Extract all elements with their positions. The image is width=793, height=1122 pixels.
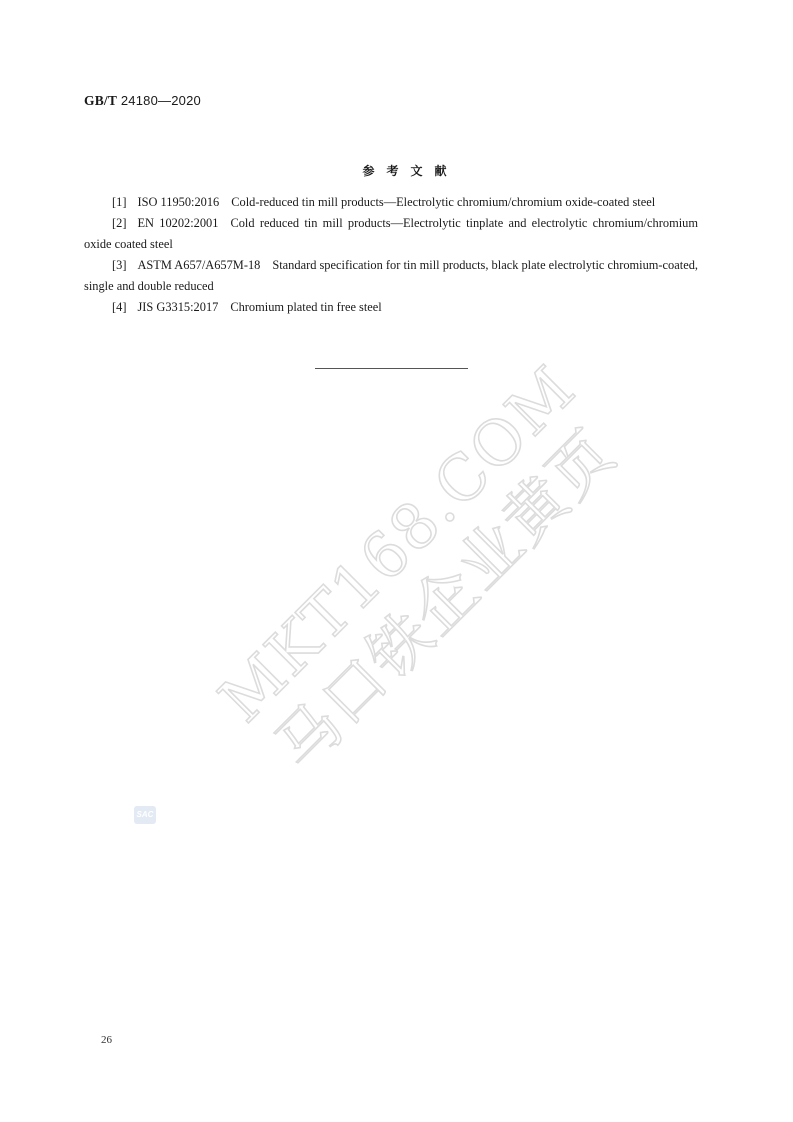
section-title: 参考文献 [0,162,793,179]
reference-list: [1]ISO 11950:2016Cold-reduced tin mill p… [84,192,698,318]
standard-code-header: GB/T 24180—2020 [84,93,201,109]
reference-number: [3] [112,258,126,272]
reference-number: [4] [112,300,126,314]
reference-text: Chromium plated tin free steel [230,300,381,314]
standard-number: 24180—2020 [121,93,201,108]
reference-number: [1] [112,195,126,209]
reference-number: [2] [112,216,126,230]
sac-logo-icon: SAC [134,806,156,824]
reference-code: ISO 11950:2016 [137,195,219,209]
reference-code: JIS G3315:2017 [137,300,218,314]
watermark: MKT168.COM 马口铁企业黄页 [205,359,635,789]
reference-item: [2]EN 10202:2001Cold reduced tin mill pr… [84,213,698,255]
page-number: 26 [101,1034,112,1046]
standard-prefix: GB/T [84,93,117,108]
reference-code: EN 10202:2001 [137,216,218,230]
reference-item: [1]ISO 11950:2016Cold-reduced tin mill p… [84,192,698,213]
watermark-cn: 马口铁企业黄页 [257,411,635,789]
reference-text: Cold-reduced tin mill products—Electroly… [231,195,655,209]
reference-item: [4]JIS G3315:2017Chromium plated tin fre… [84,297,698,318]
reference-item: [3]ASTM A657/A657M-18Standard specificat… [84,255,698,297]
end-divider [315,368,468,369]
reference-code: ASTM A657/A657M-18 [137,258,260,272]
watermark-url: MKT168.COM [205,359,583,737]
